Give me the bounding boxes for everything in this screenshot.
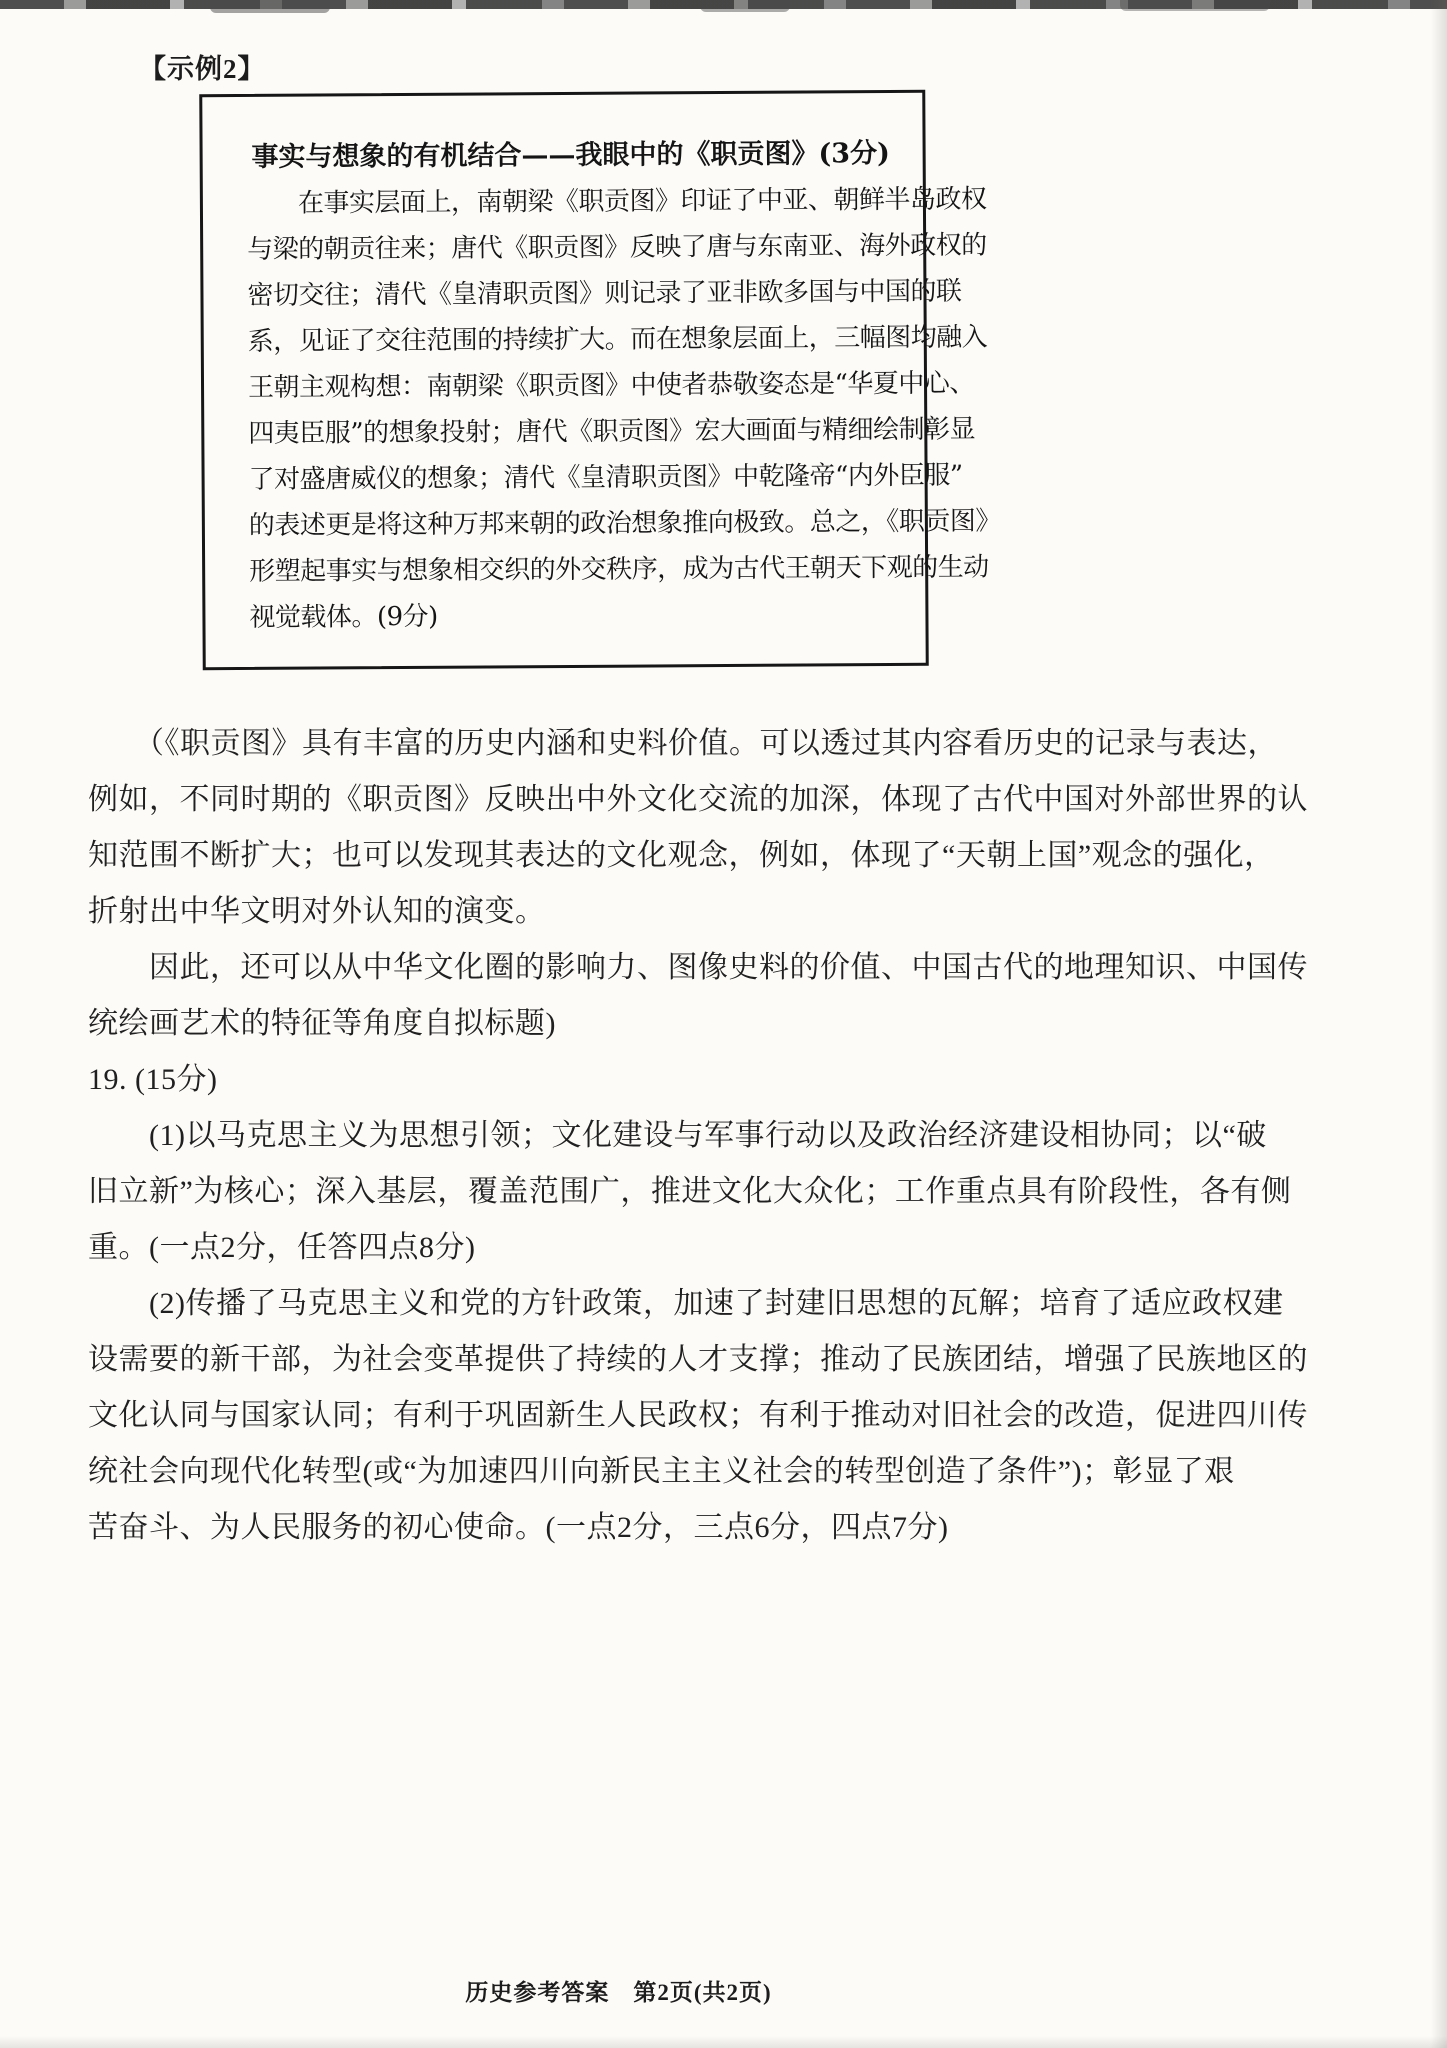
answer-line-3: 知范围不断扩大；也可以发现其表达的文化观念，例如，体现了“天朝上国”观念的强化， xyxy=(88,828,1388,884)
question-19-heading: 19. (15分) xyxy=(88,1052,1388,1108)
example-answer-box: 事实与想象的有机结合——我眼中的《职贡图》(3分) 在事实层面上，南朝梁《职贡图… xyxy=(199,90,929,670)
answer-line-1: （《职贡图》具有丰富的历史内涵和史料价值。可以透过其内容看历史的记录与表达， xyxy=(88,716,1388,772)
answer-line-9: 旧立新”为核心；深入基层，覆盖范围广，推进文化大众化；工作重点具有阶段性，各有侧 xyxy=(88,1164,1388,1220)
answer-line-8: (1)以马克思主义为思想引领；文化建设与军事行动以及政治经济建设相协同；以“破 xyxy=(88,1108,1388,1164)
box-line-7: 了对盛唐威仪的想象；清代《皇清职贡图》中乾隆帝“内外臣服” xyxy=(248,453,896,503)
example-essay-title: 事实与想象的有机结合——我眼中的《职贡图》(3分) xyxy=(246,131,894,181)
page-footer: 历史参考答案 第2页(共2页) xyxy=(0,1974,1447,2007)
scan-blob-artifact xyxy=(700,0,790,12)
answer-line-14: 统社会向现代化转型(或“为加速四川向新民主主义社会的转型创造了条件”)；彰显了艰 xyxy=(88,1444,1388,1500)
answer-line-12: 设需要的新干部，为社会变革提供了持续的人才支撑；推动了民族团结，增强了民族地区的 xyxy=(88,1332,1388,1388)
footer-text: 历史参考答案 第2页(共2页) xyxy=(465,1980,771,2005)
answer-line-11: (2)传播了马克思主义和党的方针政策，加速了封建旧思想的瓦解；培育了适应政权建 xyxy=(88,1276,1388,1332)
answer-line-15: 苦奋斗、为人民服务的初心使命。(一点2分，三点6分，四点7分) xyxy=(88,1500,1388,1556)
answer-line-10: 重。(一点2分，任答四点8分) xyxy=(88,1220,1388,1276)
box-line-10: 视觉载体。(9分) xyxy=(249,591,897,641)
answer-line-4: 折射出中华文明对外认知的演变。 xyxy=(88,884,1388,940)
box-line-4: 系，见证了交往范围的持续扩大。而在想象层面上，三幅图均融入 xyxy=(248,315,896,365)
scan-blob-artifact xyxy=(1120,0,1270,11)
answer-line-5: 因此，还可以从中华文化圈的影响力、图像史料的价值、中国古代的地理知识、中国传 xyxy=(88,940,1388,996)
example-2-label: 【示例2】 xyxy=(139,47,266,86)
printed-answers-section: （《职贡图》具有丰富的历史内涵和史料价值。可以透过其内容看历史的记录与表达， 例… xyxy=(88,716,1388,1556)
scan-edge-shading xyxy=(1431,0,1447,2048)
box-line-1: 在事实层面上，南朝梁《职贡图》印证了中亚、朝鲜半岛政权 xyxy=(247,177,895,227)
scanned-answer-page: 【示例2】 事实与想象的有机结合——我眼中的《职贡图》(3分) 在事实层面上，南… xyxy=(0,0,1447,2048)
box-line-3: 密切交往；清代《皇清职贡图》则记录了亚非欧多国与中国的联 xyxy=(247,269,895,319)
box-line-2: 与梁的朝贡往来；唐代《职贡图》反映了唐与东南亚、海外政权的 xyxy=(247,223,895,273)
scan-blob-artifact xyxy=(210,0,330,13)
answer-line-13: 文化认同与国家认同；有利于巩固新生人民政权；有利于推动对旧社会的改造，促进四川传 xyxy=(88,1388,1388,1444)
box-line-5: 王朝主观构想：南朝梁《职贡图》中使者恭敬姿态是“华夏中心、 xyxy=(248,361,896,411)
box-line-9: 形塑起事实与想象相交织的外交秩序，成为古代王朝天下观的生动 xyxy=(249,545,897,595)
box-line-8: 的表述更是将这种万邦来朝的政治想象推向极致。总之，《职贡图》 xyxy=(249,499,897,549)
scan-edge-shading xyxy=(0,2036,1447,2048)
answer-line-6: 统绘画艺术的特征等角度自拟标题) xyxy=(88,996,1388,1052)
box-line-6: 四夷臣服”的想象投射；唐代《职贡图》宏大画面与精细绘制彰显 xyxy=(248,407,896,457)
answer-line-2: 例如，不同时期的《职贡图》反映出中外文化交流的加深，体现了古代中国对外部世界的认 xyxy=(88,772,1388,828)
